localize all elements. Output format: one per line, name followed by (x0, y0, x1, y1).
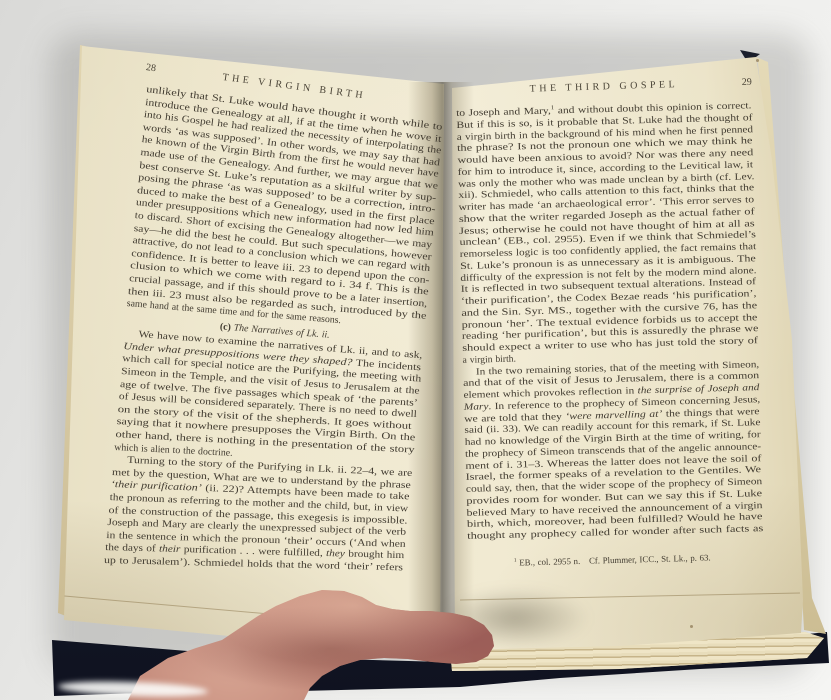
text-segment: the days of (105, 542, 159, 554)
text-segment: a virgin birth. (462, 353, 516, 365)
right-page-number: 29 (712, 77, 752, 89)
text-segment: Mary (464, 401, 489, 413)
running-head-spacer (456, 93, 496, 94)
text-segment: their (159, 544, 181, 556)
text-segment: they (326, 548, 345, 560)
page-speck (690, 625, 693, 628)
left-page-text: unlikely that St. Luke would have though… (104, 84, 403, 568)
right-page-text: to Joseph and Mary,1 and without doubt t… (456, 100, 764, 568)
page-speck (756, 59, 759, 62)
text-segment: (c) (220, 321, 235, 333)
text-segment: brought him (345, 549, 405, 562)
